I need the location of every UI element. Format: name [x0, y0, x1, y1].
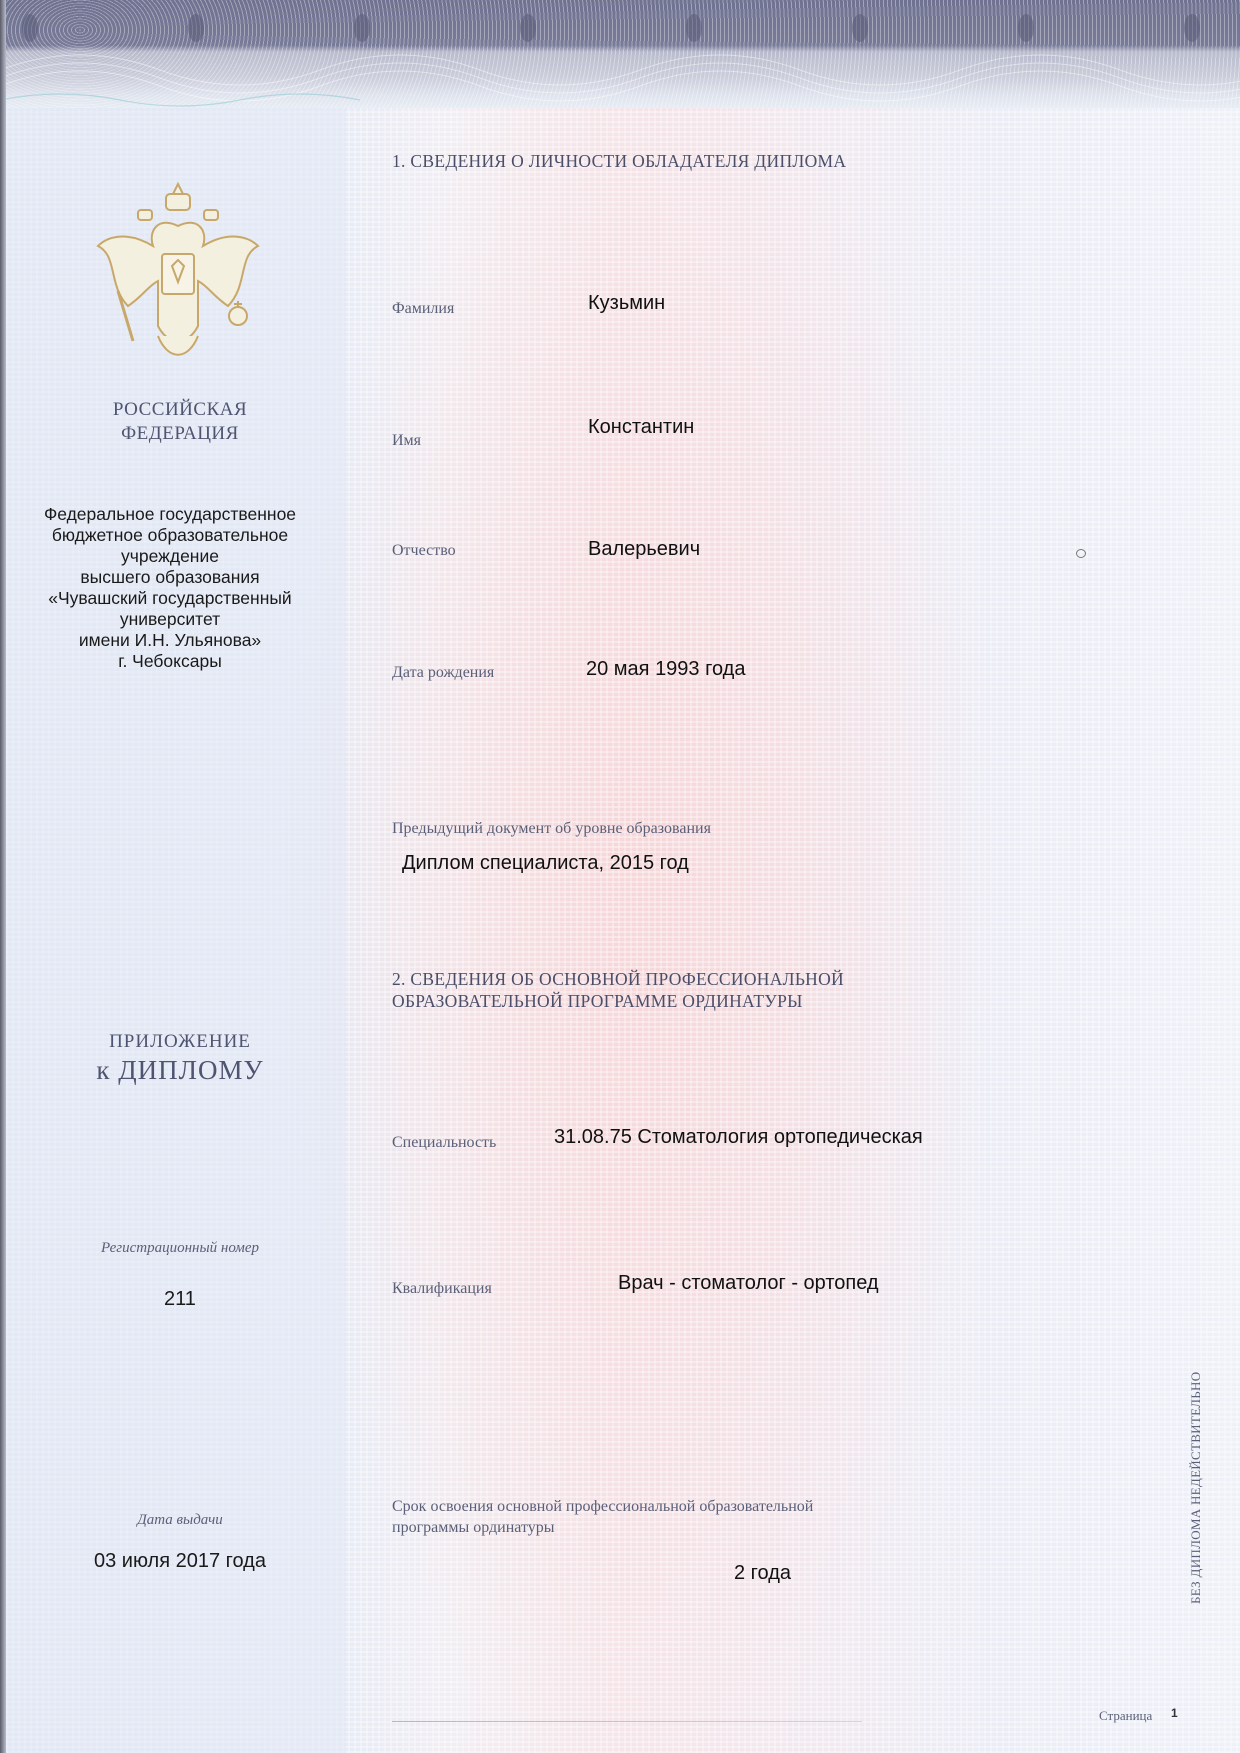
institution-line: Федеральное государственное: [0, 504, 340, 525]
patronymic-value: Валерьевич: [588, 538, 700, 561]
diploma-supplement-page: РОССИЙСКАЯ ФЕДЕРАЦИЯ Федеральное государ…: [0, 0, 1240, 1753]
country-line-1: РОССИЙСКАЯ: [40, 398, 320, 422]
duration-label: Срок освоения основной профессиональной …: [392, 1496, 813, 1538]
supplement-title: ПРИЛОЖЕНИЕ к ДИПЛОМУ: [40, 1028, 320, 1084]
country-name: РОССИЙСКАЯ ФЕДЕРАЦИЯ: [40, 398, 320, 446]
qualification-value: Врач - стоматолог - ортопед: [618, 1272, 879, 1295]
section-2-heading-line-2: ОБРАЗОВАТЕЛЬНОЙ ПРОГРАММЕ ОРДИНАТУРЫ: [392, 990, 844, 1012]
patronymic-label: Отчество: [392, 542, 456, 560]
supplement-title-line-2: к ДИПЛОМУ: [40, 1056, 320, 1084]
institution-line: высшего образования: [0, 567, 340, 588]
institution-line: «Чувашский государственный: [0, 588, 340, 609]
institution-line: учреждение: [0, 546, 340, 567]
registration-number: 211: [40, 1288, 320, 1311]
section-2-heading: 2. СВЕДЕНИЯ ОБ ОСНОВНОЙ ПРОФЕССИОНАЛЬНОЙ…: [392, 968, 844, 1012]
footer-divider: [392, 1721, 862, 1722]
section-2-heading-line-1: 2. СВЕДЕНИЯ ОБ ОСНОВНОЙ ПРОФЕССИОНАЛЬНОЙ: [392, 968, 844, 990]
issue-date-label: Дата выдачи: [40, 1512, 320, 1529]
supplement-title-line-1: ПРИЛОЖЕНИЕ: [40, 1028, 320, 1056]
country-line-2: ФЕДЕРАЦИЯ: [40, 422, 320, 446]
duration-label-line-1: Срок освоения основной профессиональной …: [392, 1496, 813, 1517]
duration-value: 2 года: [734, 1562, 791, 1585]
qualification-label: Квалификация: [392, 1280, 492, 1298]
birth-date-label: Дата рождения: [392, 664, 494, 682]
surname-label: Фамилия: [392, 300, 454, 318]
previous-document-value: Диплом специалиста, 2015 год: [402, 852, 689, 875]
issue-date: 03 июля 2017 года: [40, 1550, 320, 1573]
institution-line: г. Чебоксары: [0, 651, 340, 672]
page-number: 1: [1171, 1706, 1178, 1720]
previous-document-label: Предыдущий документ об уровне образовани…: [392, 818, 711, 839]
registration-number-label: Регистрационный номер: [40, 1240, 320, 1257]
institution-line: университет: [0, 609, 340, 630]
institution-line: бюджетное образовательное: [0, 525, 340, 546]
validity-note: БЕЗ ДИПЛОМА НЕДЕЙСТВИТЕЛЬНО: [1188, 1372, 1204, 1604]
institution-name: Федеральное государственное бюджетное об…: [0, 504, 340, 672]
section-1-heading: 1. СВЕДЕНИЯ О ЛИЧНОСТИ ОБЛАДАТЕЛЯ ДИПЛОМ…: [392, 150, 846, 172]
coat-of-arms-icon: [88, 176, 268, 376]
first-name-label: Имя: [392, 432, 421, 450]
surname-value: Кузьмин: [588, 292, 665, 315]
institution-line: имени И.Н. Ульянова»: [0, 630, 340, 651]
page-label: Страница: [1099, 1708, 1152, 1724]
birth-date-value: 20 мая 1993 года: [586, 658, 745, 681]
first-name-value: Константин: [588, 416, 694, 439]
guilloche-pattern: [0, 0, 1240, 108]
duration-label-line-2: программы ординатуры: [392, 1517, 813, 1538]
specialty-value: 31.08.75 Стоматология ортопедическая: [554, 1126, 923, 1149]
specialty-label: Специальность: [392, 1134, 496, 1152]
scan-mark: [1076, 549, 1086, 558]
